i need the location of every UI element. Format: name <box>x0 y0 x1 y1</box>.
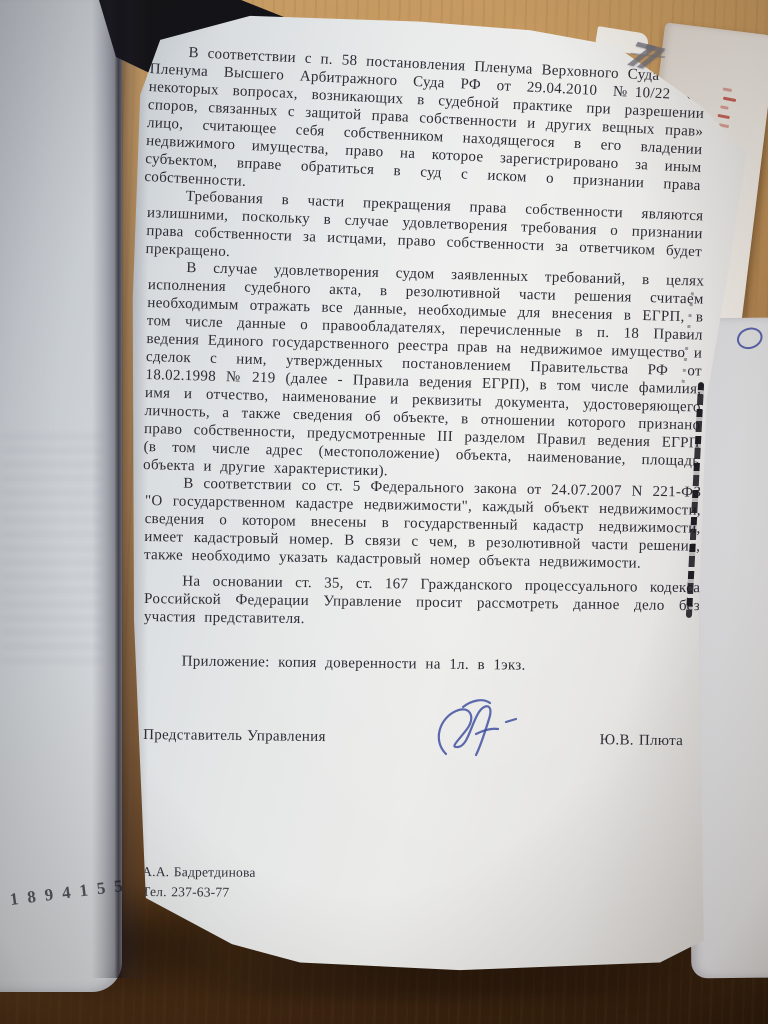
binding-gutter <box>92 0 148 978</box>
signer-name: Ю.В. Плюта <box>600 731 684 750</box>
executor-phone: Тел. 237-63-77 <box>142 882 698 906</box>
attachment-line: Приложение: копия доверенности на 1л. в … <box>144 652 700 677</box>
blue-pen-mark <box>734 324 765 352</box>
signature-row: Представитель Управления Ю.В. Плюта <box>143 726 699 750</box>
photo-scene: 1894155 В соответствии с п. 58 постановл… <box>0 0 768 1024</box>
document-body: В соответствии с п. 58 постановления Пле… <box>142 42 704 906</box>
executor-block: А.А. Бадретдинова Тел. 237-63-77 <box>142 862 698 906</box>
document-page: В соответствии с п. 58 постановления Пле… <box>124 12 748 974</box>
paragraph: В случае удовлетворения судом заявленных… <box>143 258 704 488</box>
desk-surface: { "document": { "paragraphs": [ "В соотв… <box>0 0 768 1024</box>
paragraph: В соответствии со ст. 5 Федерального зак… <box>144 474 701 574</box>
paragraph: На основании ст. 35, ст. 167 Гражданског… <box>144 572 701 633</box>
text-show-through <box>2 432 102 662</box>
signature-ink <box>430 694 526 768</box>
signer-role: Представитель Управления <box>143 726 326 746</box>
